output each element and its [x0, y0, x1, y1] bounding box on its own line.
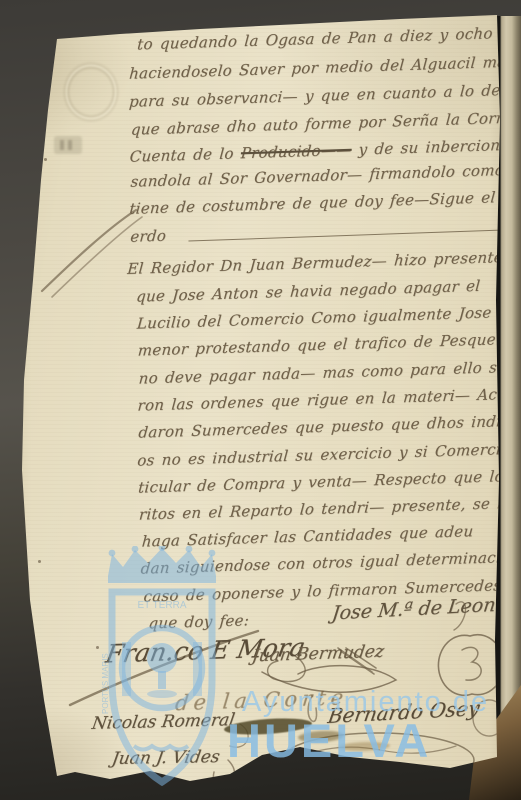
- manuscript-line: os no es industrial su exercicio y si Co…: [137, 439, 521, 470]
- manuscript-line: para su observanci— y que en cuanto a lo…: [128, 81, 515, 111]
- manuscript-line: ron las ordenes que rigue en la materi— …: [137, 385, 515, 415]
- manuscript-line: menor protestando que el trafico de Pesq…: [137, 330, 518, 360]
- manuscript-line: daron Sumercedes que puesto que dhos ind…: [138, 411, 521, 442]
- manuscript-line: haciendoselo Saver por medio del Alguaci…: [129, 52, 521, 83]
- paper-speck: [44, 158, 47, 161]
- handwritten-text-block: to quedando la Ogasa de Pan a diez y och…: [120, 23, 521, 655]
- manuscript-line: Lucilio del Comercio Como igualmente Jos…: [136, 302, 521, 333]
- signature-nicolas-romeral: Nicolas Romeral: [91, 710, 237, 734]
- manuscript-line: que doy fee:: [148, 611, 250, 632]
- manuscript-line: dan siguiendose con otros igual determin…: [140, 548, 521, 578]
- paper-speck: [38, 560, 41, 563]
- embossed-seal: [52, 50, 130, 134]
- bleedthrough-stamp: [54, 136, 82, 154]
- manuscript-line: sandola al Sor Governador— firmandolo co…: [130, 160, 521, 190]
- manuscript-page: to quedando la Ogasa de Pan a diez y och…: [0, 0, 521, 800]
- manuscript-line: erdo: [130, 227, 167, 246]
- manuscript-line: que Jose Anton se havia negado apagar el: [136, 277, 481, 306]
- manuscript-line: tiene de costumbre de que doy fee—Sigue …: [129, 187, 521, 218]
- manuscript-line: que abrase dho auto forme por Serña la C…: [130, 108, 521, 139]
- line-text: y de su inbercion pa: [351, 135, 521, 159]
- struck-word: Producido——: [240, 141, 352, 163]
- manuscript-line: no deve pagar nada— mas como para ello s…: [138, 357, 521, 388]
- manuscript-line: ticular de Compra y venta— Respecto que …: [138, 466, 521, 497]
- scanned-manuscript-photo: to quedando la Ogasa de Pan a diez y och…: [0, 0, 521, 800]
- manuscript-line-with-strikethrough: Cuenta de lo Producido—— y de su inberci…: [129, 135, 521, 166]
- ink-rule: [188, 229, 520, 242]
- ink-smudge: [224, 716, 313, 737]
- manuscript-line: haga Satisfacer las Cantidades que adeu: [141, 522, 474, 550]
- ink-smudge: [298, 730, 345, 743]
- signature-juan-vides: Juan J. Vides: [110, 747, 221, 769]
- manuscript-line: El Regidor Dn Juan Bermudez— hizo presen…: [127, 248, 504, 278]
- paper-speck: [96, 646, 99, 649]
- signature-bernardo-osey: Bernardo Osey: [326, 696, 481, 728]
- signature-juan-bermudez: Juan Bermudez: [251, 642, 386, 667]
- ink-smudge: [338, 741, 390, 752]
- manuscript-line: ritos en el Reparto lo tendri— presente,…: [138, 494, 520, 524]
- line-text: Cuenta de lo: [129, 144, 241, 166]
